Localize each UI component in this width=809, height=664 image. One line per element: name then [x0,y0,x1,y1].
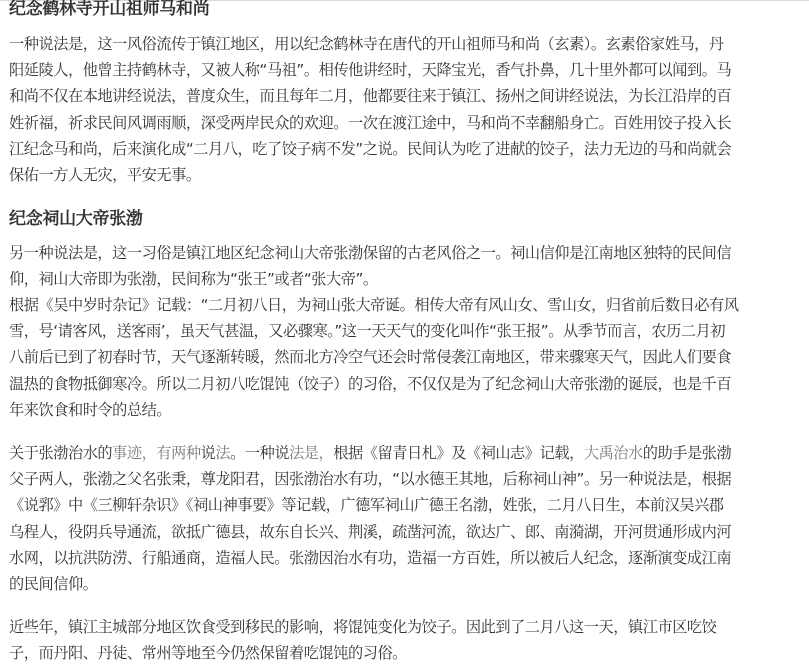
text-line: 雪，号‘请客风，送客雨’，虽天气甚温，又必骤寒。”这一天天气的变化叫作“张王报”… [9,318,739,344]
text-line: 温热的食物抵御寒冷。所以二月初八吃馄饨（饺子）的习俗，不仅仅是为了纪念祠山大帝张… [9,371,739,397]
paragraph-recent-years: 近些年，镇江主城部分地区饮食受到移民的影响，将馄饨变化为饺子。因此到了二月八这一… [9,614,716,664]
paragraph-flood-control: 关于张渤治水的事迹，有两种说法。一种说法是，根据《留青日札》及《祠山志》记载，大… [9,440,731,597]
text-line: 江纪念马和尚，后来演化成“二月八，吃了饺子病不发”之说。民间认为吃了进献的饺子，… [9,136,731,162]
text-line: 子，而丹阳、丹徒、常州等地至今仍然保留着吃馄饨的习俗。 [9,640,716,664]
text-line: 水网，以抗洪防涝、行船通商，造福人民。张渤因治水有功，造福一方百姓，所以被后人纪… [9,545,731,571]
text-segment: 根据《留青日札》及《祠山志》记载， [333,444,584,462]
text-line: 八前后已到了初春时节，天气逐渐转暖，然而北方冷空气还会时常侵袭江南地区，带来骤寒… [9,344,739,370]
text-line: 根据《吴中岁时杂记》记载：“二月初八日，为祠山张大帝诞。相传大帝有风山女、雪山女… [9,292,739,318]
text-line: 一种说法是，这一风俗流传于镇江地区，用以纪念鹤林寺在唐代的开山祖师马和尚（玄素）… [9,31,731,57]
text-line: 《说郛》中《三柳轩杂识》《祠山神事要》等记载，广德军祠山广德王名渤，姓张，二月八… [9,492,731,518]
text-segment: 。一种说 [230,444,289,462]
section-heading-cishan-emperor: 纪念祠山大帝张渤 [9,208,143,230]
text-line: 阳延陵人，他曾主持鹤林寺，又被人称“马祖”。相传他讲经时，天降宝光，香气扑鼻，几… [9,57,731,83]
text-line: 保佑一方人无灾，平安无事。 [9,162,731,188]
text-segment-muted: 事迹，有两种 [112,444,200,462]
text-line-mixed: 关于张渤治水的事迹，有两种说法。一种说法是，根据《留青日札》及《祠山志》记载，大… [9,440,731,466]
text-line: 和尚不仅在本地讲经说法，普度众生，而且每年二月，他都要往来于镇江、扬州之间讲经说… [9,83,731,109]
text-segment-muted: 法是， [289,444,333,462]
text-segment-muted: 法 [215,444,230,462]
text-segment: 的助手是张渤 [643,444,731,462]
text-line: 仰，祠山大帝即为张渤，民间称为“张王”或者“张大帝”。 [9,266,731,292]
paragraph-cishan-intro: 另一种说法是，这一习俗是镇江地区纪念祠山大帝张渤保留的古老风俗之一。祠山信仰是江… [9,240,731,292]
text-segment: 关于张渤治水的 [9,444,112,462]
text-line: 姓祈福，祈求民间风调雨顺，深受两岸民众的欢迎。一次在渡江途中，马和尚不幸翻船身亡… [9,110,731,136]
text-line: 另一种说法是，这一习俗是镇江地区纪念祠山大帝张渤保留的古老风俗之一。祠山信仰是江… [9,240,731,266]
text-line: 年来饮食和时令的总结。 [9,397,739,423]
section-heading-helin-temple: 纪念鹤林寺开山祖师马和尚 [9,0,209,20]
text-segment: 说 [201,444,216,462]
paragraph-wuzhong-record: 根据《吴中岁时杂记》记载：“二月初八日，为祠山张大帝诞。相传大帝有风山女、雪山女… [9,292,739,423]
paragraph-helin-temple: 一种说法是，这一风俗流传于镇江地区，用以纪念鹤林寺在唐代的开山祖师马和尚（玄素）… [9,31,731,188]
text-line: 的民间信仰。 [9,571,731,597]
text-line: 乌程人，役阴兵导通流，欲抵广德县，故东自长兴、荆溪，疏凿河流，欲达广、郎、南漪湖… [9,519,731,545]
text-segment-muted: 大禹治水 [584,444,643,462]
text-line: 近些年，镇江主城部分地区饮食受到移民的影响，将馄饨变化为饺子。因此到了二月八这一… [9,614,716,640]
text-line: 父子两人，张渤之父名张秉，尊龙阳君，因张渤治水有功，“以水德王其地，后称祠山神”… [9,466,731,492]
